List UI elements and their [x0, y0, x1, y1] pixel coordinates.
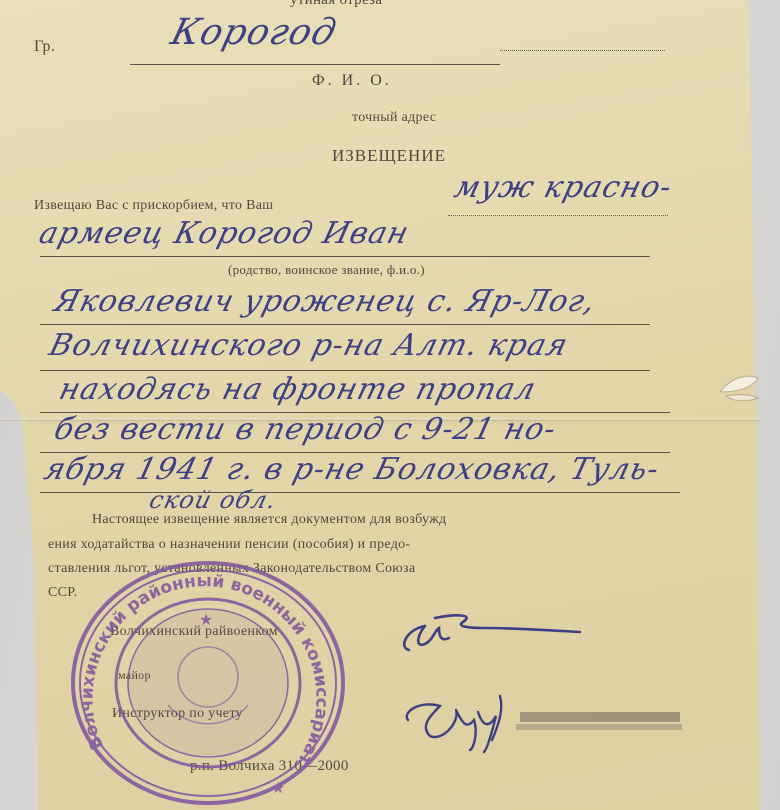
handwritten-line-2: армеец Корогод Иван [36, 216, 413, 251]
recipient-label: Гр. [34, 38, 55, 56]
recipient-line-dotted [500, 50, 665, 51]
cut-line-text: утиная отреза [290, 0, 382, 9]
fio-label: Ф. И. О. [312, 72, 392, 90]
handwritten-line-6: без вести в период с 9-21 но- [51, 412, 560, 447]
document-title: ИЗВЕЩЕНИЕ [332, 146, 446, 166]
handwritten-line-7: ября 1941 г. в р-не Болоховка, Туль- [41, 452, 664, 487]
kinship-line-2 [40, 256, 650, 257]
svg-text:★: ★ [199, 612, 213, 629]
recipient-name-handwritten: Корогод [167, 12, 341, 53]
handwritten-line-8: ской обл. [147, 486, 280, 514]
kinship-caption: (родство, воинское звание, ф.и.о.) [228, 262, 425, 278]
recipient-line [130, 64, 500, 65]
text-line-4 [40, 370, 650, 371]
svg-text:★: ★ [271, 780, 285, 797]
intro-text: Извещаю Вас с прискорбием, что Ваш [34, 198, 273, 214]
handwritten-line-4: Волчихинского р-на Алт. края [46, 328, 572, 363]
kinship-line-1 [448, 215, 668, 216]
text-line-7 [40, 492, 680, 493]
address-label: точный адрес [352, 110, 436, 126]
body-line-1: Настоящее извещение является документом … [92, 512, 447, 528]
body-line-2: ения ходатайства о назначении пенсии (по… [48, 537, 410, 553]
handwritten-line-1: муж красно- [451, 170, 676, 205]
text-line-3 [40, 324, 650, 325]
commissar-signature [395, 608, 595, 658]
handwritten-line-5: находясь на фронте пропал [56, 372, 540, 407]
instructor-signature [400, 690, 690, 755]
handwritten-line-3: Яковлевич уроженец с. Яр-Лог, [51, 284, 600, 319]
paper-tear [718, 370, 760, 406]
commissariat-stamp: Волчихинский районный военный комиссариа… [68, 555, 350, 805]
